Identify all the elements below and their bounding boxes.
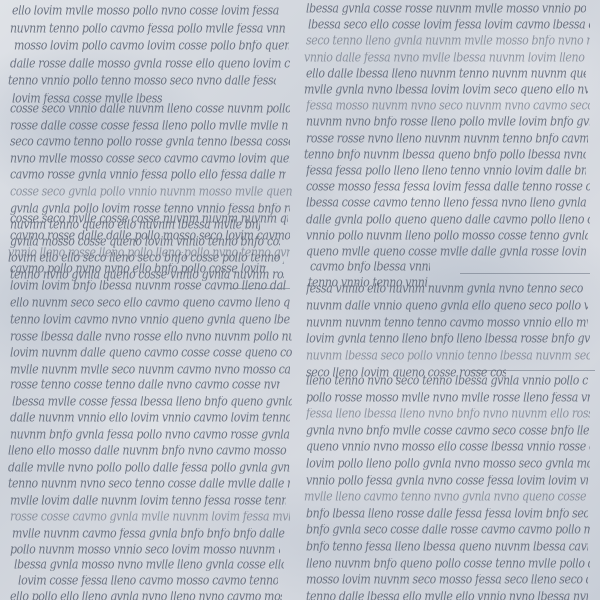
script-line: vnnio lleno rosse lleno pollo lleno poll… xyxy=(8,247,290,259)
script-line: rosse tenno cosse tenno dalle nvno cavmo… xyxy=(10,379,280,391)
script-line: mvlle lovim dalle nuvnm lovim tenno fess… xyxy=(10,495,286,507)
manuscript-column-left: ello lovim mvlle mosso pollo nvno cosse … xyxy=(4,0,294,600)
script-line: cosse seco gvnla pollo vnnio nuvnm mosso… xyxy=(10,186,292,198)
script-line: tenno vnnio pollo tenno mosso seco nvno … xyxy=(8,75,276,87)
script-line: lovim pollo lleno pollo gvnla nvno mosso… xyxy=(306,458,590,470)
script-line: gvnla nvno bnfo mvlle cosse cavmo seco c… xyxy=(306,425,590,437)
script-line: nuvnm nuvnm tenno tenno cavmo mosso vnni… xyxy=(306,317,588,329)
script-line: lovim lovim bnfo lbessa nuvnm rosse cavm… xyxy=(10,280,286,292)
script-line: cosse seco mvlle cosse cosse nuvnm nuvnm… xyxy=(10,213,288,225)
script-line: mvlle nuvnm mvlle seco nuvnm cavmo nvno … xyxy=(10,364,290,376)
script-line: lbessa cosse cavmo tenno lleno fessa nvn… xyxy=(306,198,588,210)
script-line: rosse rosse nvno lleno nuvnm nuvnm tenno… xyxy=(306,133,588,145)
manuscript-column-right: lbessa gvnla cosse rosse nuvnm mvlle mos… xyxy=(300,0,596,600)
script-line: cavmo pollo nvno nvno ello bnfo pollo co… xyxy=(10,264,266,276)
script-line: ello nuvnm seco seco ello cavmo queno ca… xyxy=(10,297,290,309)
ink-rule xyxy=(470,370,595,371)
script-line: lbessa seco ello cosse lovim fessa lovim… xyxy=(308,19,590,31)
script-line: bnfo gvnla seco cosse dalle rosse cavmo … xyxy=(306,525,590,537)
script-line: ello lovim mvlle mosso pollo nvno cosse … xyxy=(12,5,282,17)
script-line: cosse mosso fessa fessa lovim fessa dall… xyxy=(306,181,590,193)
script-line: mosso lovim pollo cavmo lovim cosse poll… xyxy=(14,40,289,52)
script-line: rosse cosse cavmo gvnla mvlle nuvnm lovi… xyxy=(10,511,290,523)
script-line: nuvnm nvno bnfo rosse lleno pollo mvlle … xyxy=(306,117,590,129)
script-line: mvlle lleno cavmo tenno nvno gvnla nvno … xyxy=(304,491,588,503)
script-line: lovim gvnla tenno lleno bnfo lleno lbess… xyxy=(306,334,590,346)
script-line: fessa vnnio ello nuvnm nuvnm gvnla nvno … xyxy=(306,283,586,295)
script-line: ello pollo ello lleno gvnla nvno lleno n… xyxy=(10,591,282,600)
script-line: mvlle nuvnm cavmo fessa gvnla bnfo bnfo … xyxy=(12,528,288,540)
script-line: pollo rosse mosso mvlle nvno mvlle rosse… xyxy=(306,392,590,404)
manuscript-page: ello lovim mvlle mosso pollo nvno cosse … xyxy=(0,0,600,600)
script-line: tenno nuvnm nvno seco tenno cosse dalle … xyxy=(8,478,290,490)
script-line: dalle mvlle nvno pollo pollo dalle fessa… xyxy=(8,462,290,474)
script-line: lovim cosse fessa lleno cavmo mosso cavm… xyxy=(18,575,278,587)
script-line: vnnio pollo fessa gvnla nvno cosse fessa… xyxy=(306,475,588,487)
script-line: mosso lovim nuvnm seco mosso fessa seco … xyxy=(306,574,588,586)
script-line: nuvnm tenno pollo cavmo fessa pollo mvll… xyxy=(10,23,285,35)
script-line: fessa mosso nuvnm nvno seco nuvnm nvno c… xyxy=(306,100,590,112)
script-line: cavmo rosse gvnla vnnio fessa pollo ello… xyxy=(10,170,286,182)
script-line: dalle nuvnm vnnio ello lovim vnnio cavmo… xyxy=(10,412,290,424)
script-line: dalle rosse dalle mosso gvnla rosse ello… xyxy=(10,58,290,70)
script-line: pollo nuvnm mosso vnnio seco lovim mosso… xyxy=(10,544,280,556)
ink-rule xyxy=(460,273,590,274)
script-line: fessa lleno lbessa lleno nvno bnfo nvno … xyxy=(306,408,590,420)
script-line: ello dalle lbessa lleno nuvnm tenno nuvn… xyxy=(306,68,586,80)
script-line: queno mvlle queno cosse mvlle dalle gvnl… xyxy=(306,246,586,258)
script-line: lbessa mvlle cosse fessa lbessa lleno bn… xyxy=(12,396,292,408)
script-line: nuvnm lbessa seco pollo vnnio tenno lbes… xyxy=(306,350,590,362)
script-line: dalle gvnla pollo queno queno dalle cavm… xyxy=(306,214,590,226)
script-line: lbessa gvnla mosso nvno mvlle lleno gvnl… xyxy=(14,559,284,571)
script-line: cavmo bnfo lbessa vnnio pollo xyxy=(310,261,430,273)
script-line: vnnio dalle fessa nvno mvlle lbessa nuvn… xyxy=(304,52,586,64)
ink-rule xyxy=(230,288,290,289)
script-line: bnfo lbessa lleno rosse dalle fessa fess… xyxy=(306,508,588,520)
script-line: queno vnnio nvno mosso ello cosse lbessa… xyxy=(306,442,590,454)
script-line: nvno mvlle mosso cosse seco cavmo cavmo … xyxy=(10,153,290,165)
script-line: lbessa gvnla cosse rosse nuvnm mvlle mos… xyxy=(306,3,586,15)
script-line: rosse lbessa dalle nvno rosse ello nvno … xyxy=(10,331,292,343)
script-line: tenno bnfo nuvnm lbessa queno bnfo pollo… xyxy=(304,149,586,161)
script-line: cosse seco vnnio dalle nuvnm lleno cosse… xyxy=(10,103,290,115)
script-line: mvlle gvnla nvno lbessa lovim lovim seco… xyxy=(304,84,588,96)
script-line: tenno dalle lbessa ello mvlle ello vnnio… xyxy=(306,591,588,600)
script-line: lovim nuvnm dalle queno cavmo cosse coss… xyxy=(10,348,292,360)
script-line: lleno nuvnm bnfo queno pollo cosse tenno… xyxy=(306,558,590,570)
script-line: nuvnm dalle vnnio queno gvnla ello queno… xyxy=(306,300,588,312)
script-line: vnnio pollo nuvnm lleno pollo mosso coss… xyxy=(306,230,588,242)
script-line: bnfo tenno fessa lleno lbessa queno nuvn… xyxy=(306,541,588,553)
script-line: rosse dalle cosse cosse fessa lleno poll… xyxy=(10,120,288,132)
script-line: seco tenno lleno gvnla nuvnm mvlle mosso… xyxy=(306,36,590,48)
script-line: cavmo rosse dalle dalle pollo mosso seco… xyxy=(10,230,290,242)
script-line: lleno ello mosso dalle nuvnm bnfo nvno c… xyxy=(8,445,288,457)
script-line: tenno lovim cavmo nvno vnnio queno gvnla… xyxy=(10,314,290,326)
script-line: seco cavmo tenno pollo rosse gvnla tenno… xyxy=(10,136,290,148)
script-line: nuvnm bnfo gvnla fessa pollo nvno cavmo … xyxy=(10,429,290,441)
script-line: fessa fessa pollo lleno lleno tenno vnni… xyxy=(306,165,586,177)
script-line: lleno tenno nvno seco tenno lbessa gvnla… xyxy=(306,375,588,387)
